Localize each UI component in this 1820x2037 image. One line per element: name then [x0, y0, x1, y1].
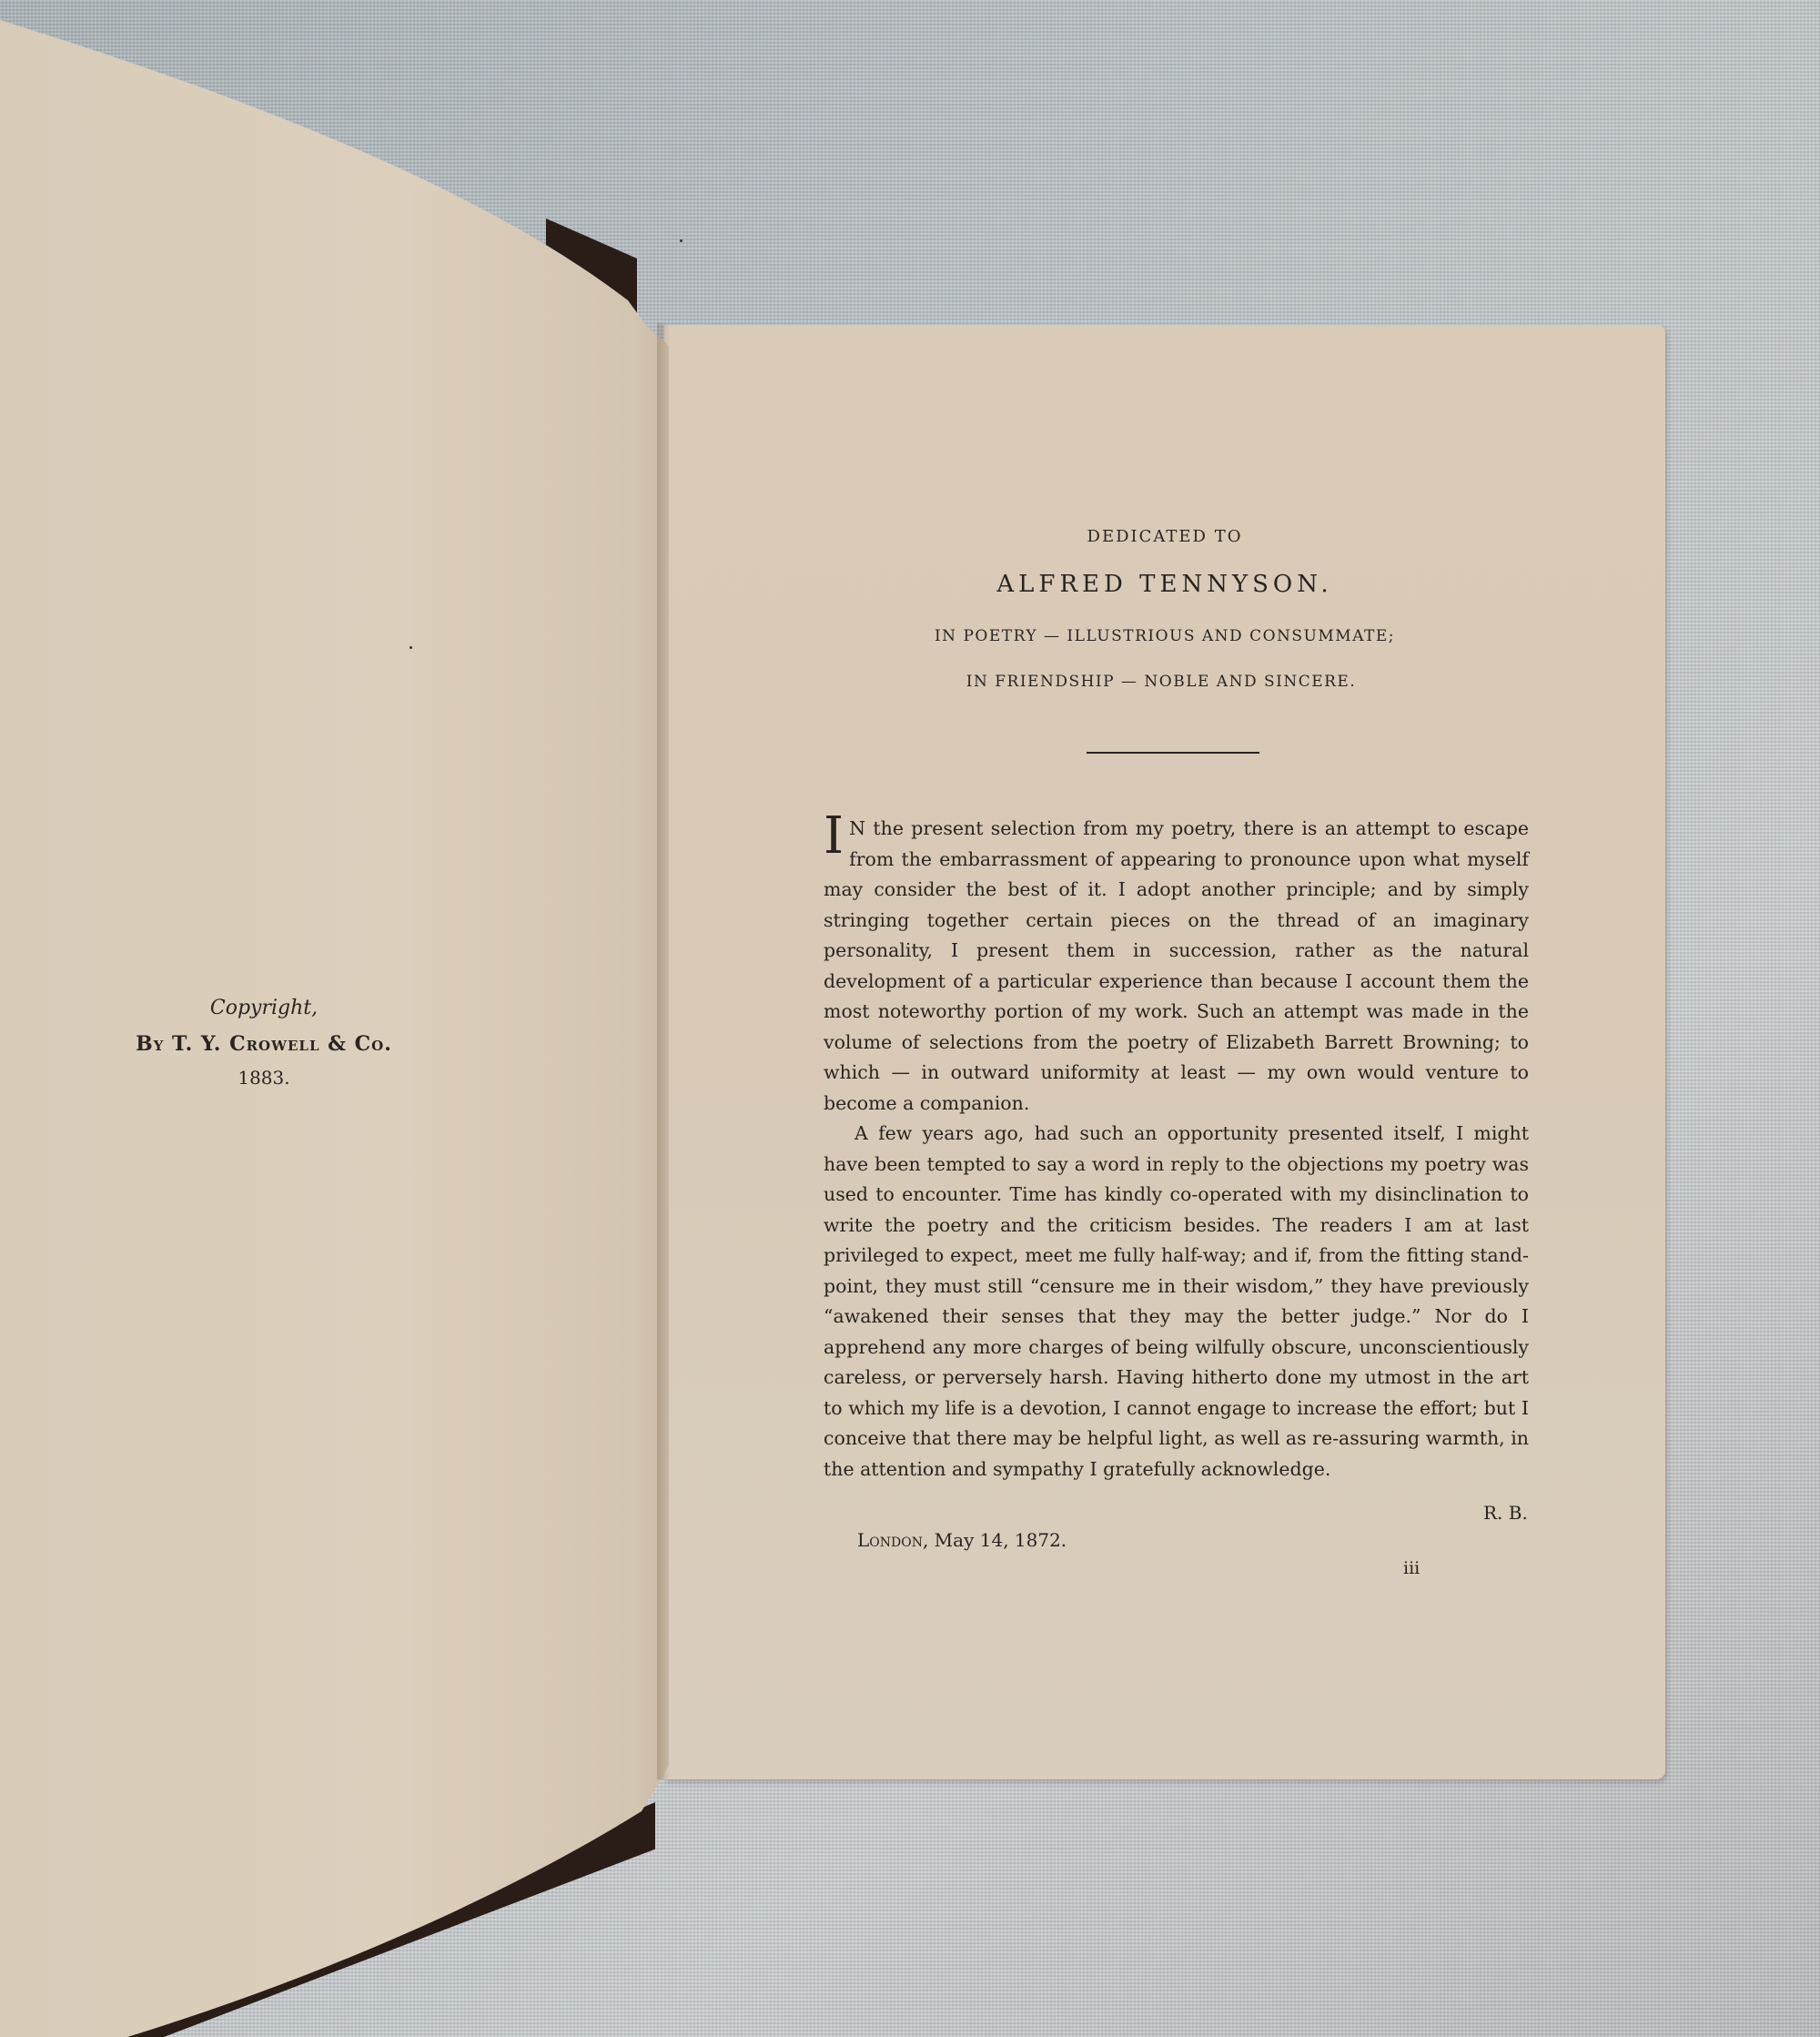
preface-paragraph-1: IN the present selection from my poetry,…	[824, 814, 1529, 1119]
dateline: London, May 14, 1872.	[857, 1529, 1067, 1551]
right-page: DEDICATED TO ALFRED TENNYSON. IN POETRY …	[664, 325, 1665, 1779]
first-word-rest: N	[849, 817, 865, 839]
date: May 14, 1872.	[928, 1529, 1067, 1551]
paper-speck	[409, 646, 412, 649]
publisher-line: By T. Y. Crowell & Co.	[127, 1032, 400, 1056]
dedicatee-name: ALFRED TENNYSON.	[664, 571, 1665, 598]
dedication-line-poetry: IN POETRY — ILLUSTRIOUS AND CONSUMMATE;	[664, 627, 1665, 645]
copyright-year: 1883.	[127, 1067, 400, 1089]
drop-cap: I	[824, 816, 844, 857]
copyright-block: Copyright, By T. Y. Crowell & Co. 1883.	[127, 997, 400, 1089]
preface-paragraph-2: A few years ago, had such an opportunity…	[824, 1119, 1529, 1485]
dedication-heading: DEDICATED TO	[664, 527, 1665, 546]
paper-speck	[680, 239, 682, 242]
separator-rule	[1087, 752, 1259, 754]
left-page: Copyright, By T. Y. Crowell & Co. 1883.	[0, 0, 669, 2037]
preface-text: IN the present selection from my poetry,…	[824, 814, 1529, 1485]
copyright-label: Copyright,	[127, 997, 400, 1019]
dedication-line-friendship: IN FRIENDSHIP — NOBLE AND SINCERE.	[661, 673, 1662, 691]
signature-initials: R. B.	[1483, 1502, 1528, 1524]
page-number: iii	[1403, 1558, 1420, 1578]
paragraph-1-text: the present selection from my poetry, th…	[824, 817, 1529, 1114]
book-gutter	[657, 323, 670, 1779]
place: London,	[857, 1529, 928, 1551]
